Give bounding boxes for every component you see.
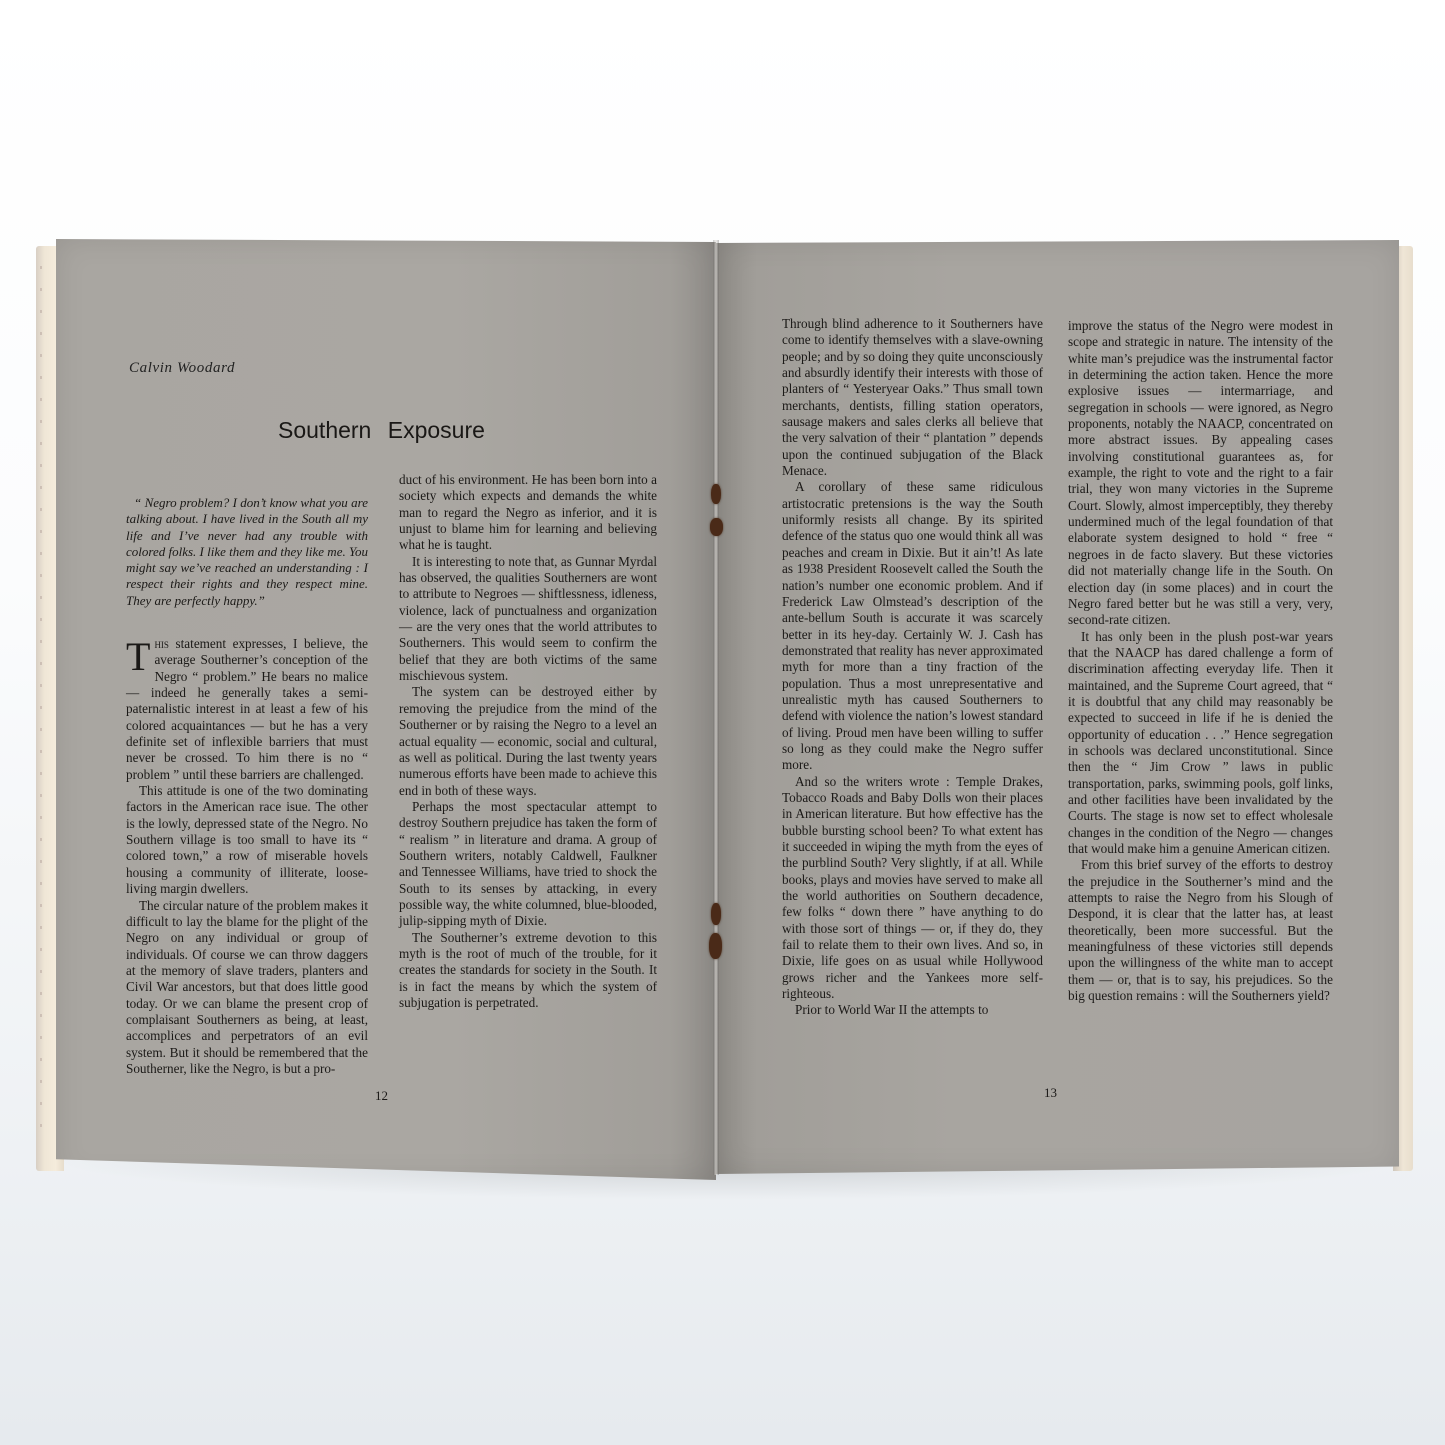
right-page-column-1: Through blind adherence to it Southerner… [782, 316, 1043, 1019]
epigraph-quote: “ Negro problem? I don’t know what you a… [126, 495, 368, 609]
paragraph: It has only been in the plush post-war y… [1068, 629, 1333, 858]
paragraph: Perhaps the most spectacular attempt to … [399, 799, 657, 930]
paragraph: And so the writers wrote : Temple Drakes… [782, 774, 1043, 1003]
paragraph: Prior to World War II the attempts to [782, 1002, 1043, 1018]
binding-stitch-icon [710, 518, 723, 536]
paragraph: The Southerner’s extreme devotion to thi… [399, 930, 657, 1012]
page-number-right: 13 [1044, 1085, 1057, 1101]
open-booklet: Calvin Woodard Southern Exposure “ Negro… [0, 0, 1445, 1445]
left-page-column-2: duct of his environment. He has been bor… [399, 472, 657, 1011]
paragraph: improve the status of the Negro were mod… [1068, 318, 1333, 629]
paragraph: The system can be destroyed either by re… [399, 684, 657, 798]
binding-stitch-icon [711, 903, 721, 925]
paragraph: It is interesting to note that, as Gunna… [399, 554, 657, 685]
author-byline: Calvin Woodard [129, 360, 235, 377]
paragraph: This attitude is one of the two dominati… [126, 783, 368, 897]
page-number-left: 12 [375, 1088, 388, 1104]
paragraph: A corollary of these same ridiculous art… [782, 479, 1043, 773]
left-page-column-1: This statement expresses, I believe, the… [126, 636, 368, 1077]
article-title: Southern Exposure [278, 417, 485, 444]
paragraph: This statement expresses, I believe, the… [126, 636, 368, 783]
binding-stitch-icon [711, 484, 721, 504]
binding-stitch-icon [709, 933, 722, 959]
paragraph: The circular nature of the problem makes… [126, 898, 368, 1078]
paragraph: Through blind adherence to it Southerner… [782, 316, 1043, 479]
lead-in-smallcaps: his [154, 636, 169, 651]
right-page-column-2: improve the status of the Negro were mod… [1068, 318, 1333, 1004]
paragraph: duct of his environment. He has been bor… [399, 472, 657, 554]
epigraph-text: “ Negro problem? I don’t know what you a… [126, 495, 368, 609]
drop-cap: T [126, 640, 150, 672]
paragraph-text: statement expresses, I believe, the aver… [126, 636, 368, 782]
spine-gutter [713, 240, 719, 1175]
paragraph: From this brief survey of the efforts to… [1068, 857, 1333, 1004]
